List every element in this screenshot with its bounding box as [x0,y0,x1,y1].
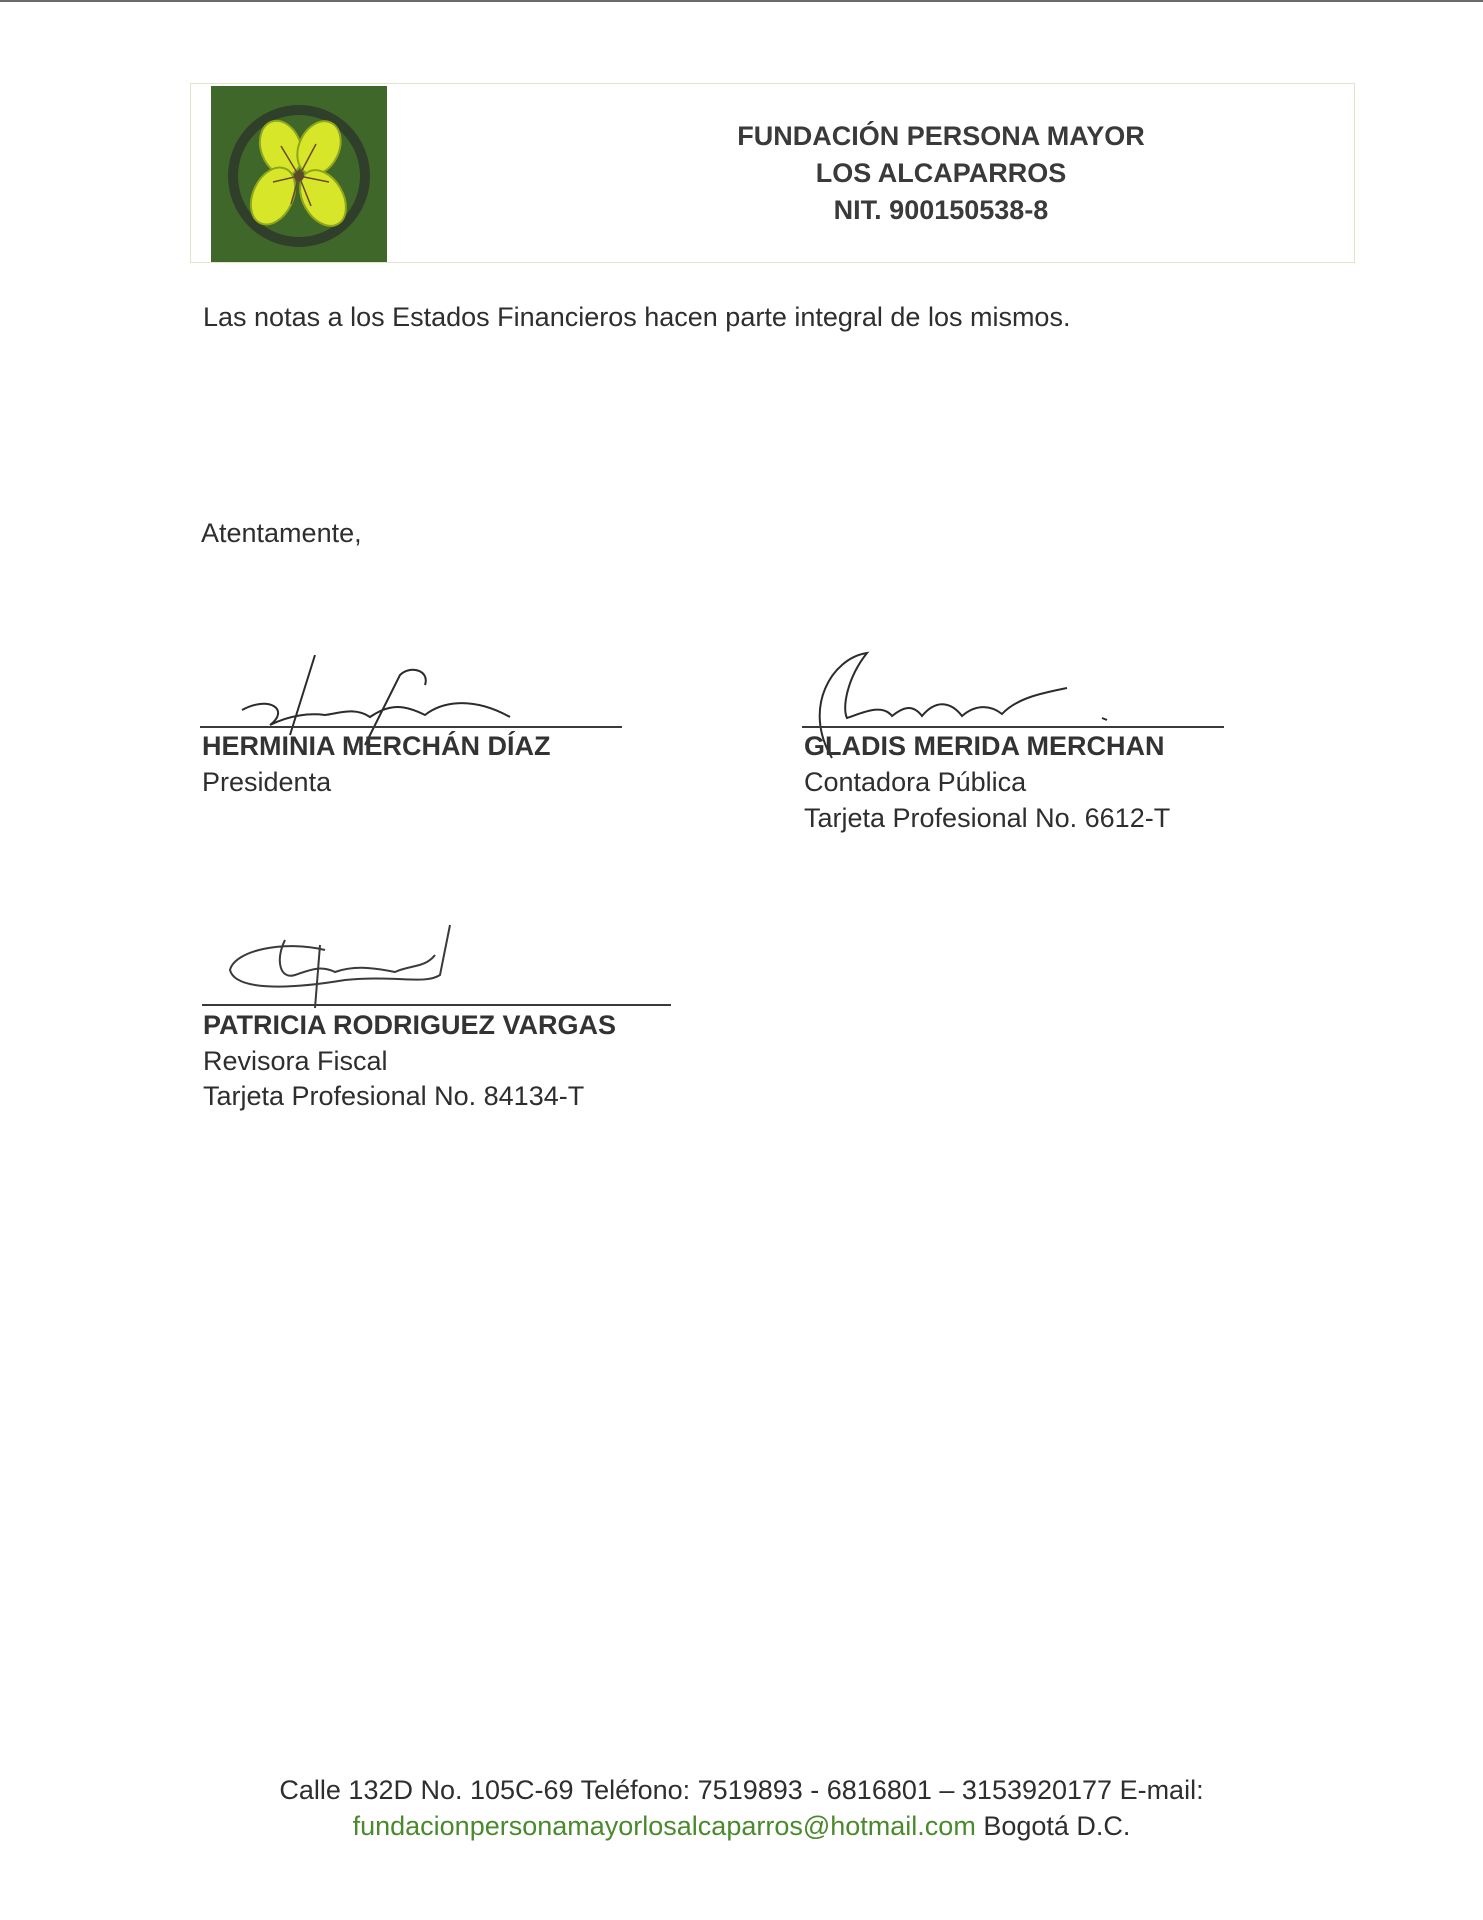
signature-line-2 [802,726,1224,728]
signatory-3-role: Revisora Fiscal [203,1046,388,1077]
scan-top-edge [0,0,1483,2]
footer-address: Calle 132D No. 105C-69 Teléfono: 7519893… [0,1775,1483,1806]
footer-city: Bogotá D.C. [976,1811,1131,1841]
footer-contact: fundacionpersonamayorlosalcaparros@hotma… [0,1811,1483,1842]
letterhead: FUNDACIÓN PERSONA MAYOR LOS ALCAPARROS N… [190,83,1355,263]
org-nit: NIT. 900150538-8 [581,192,1301,229]
signature-line-1 [200,726,622,728]
signature-line-3 [202,1004,671,1006]
closing-salutation: Atentamente, [201,518,362,549]
notes-statement: Las notas a los Estados Financieros hace… [203,302,1070,333]
signatory-2-role: Contadora Pública [804,767,1026,798]
signatory-3-license: Tarjeta Profesional No. 84134-T [203,1081,584,1112]
foundation-logo-icon [211,86,387,262]
footer-email-link[interactable]: fundacionpersonamayorlosalcaparros@hotma… [353,1811,976,1841]
signatory-2-license: Tarjeta Profesional No. 6612-T [804,803,1170,834]
letterhead-title: FUNDACIÓN PERSONA MAYOR LOS ALCAPARROS N… [581,118,1301,229]
signatory-3-name: PATRICIA RODRIGUEZ VARGAS [203,1010,616,1041]
signature-patricia [225,920,455,1010]
signatory-2-name: GLADIS MERIDA MERCHAN [804,731,1165,762]
org-name-line2: LOS ALCAPARROS [581,155,1301,192]
org-name-line1: FUNDACIÓN PERSONA MAYOR [581,118,1301,155]
signatory-1-role: Presidenta [202,767,331,798]
signatory-1-name: HERMINIA MERCHÁN DÍAZ [202,731,550,762]
